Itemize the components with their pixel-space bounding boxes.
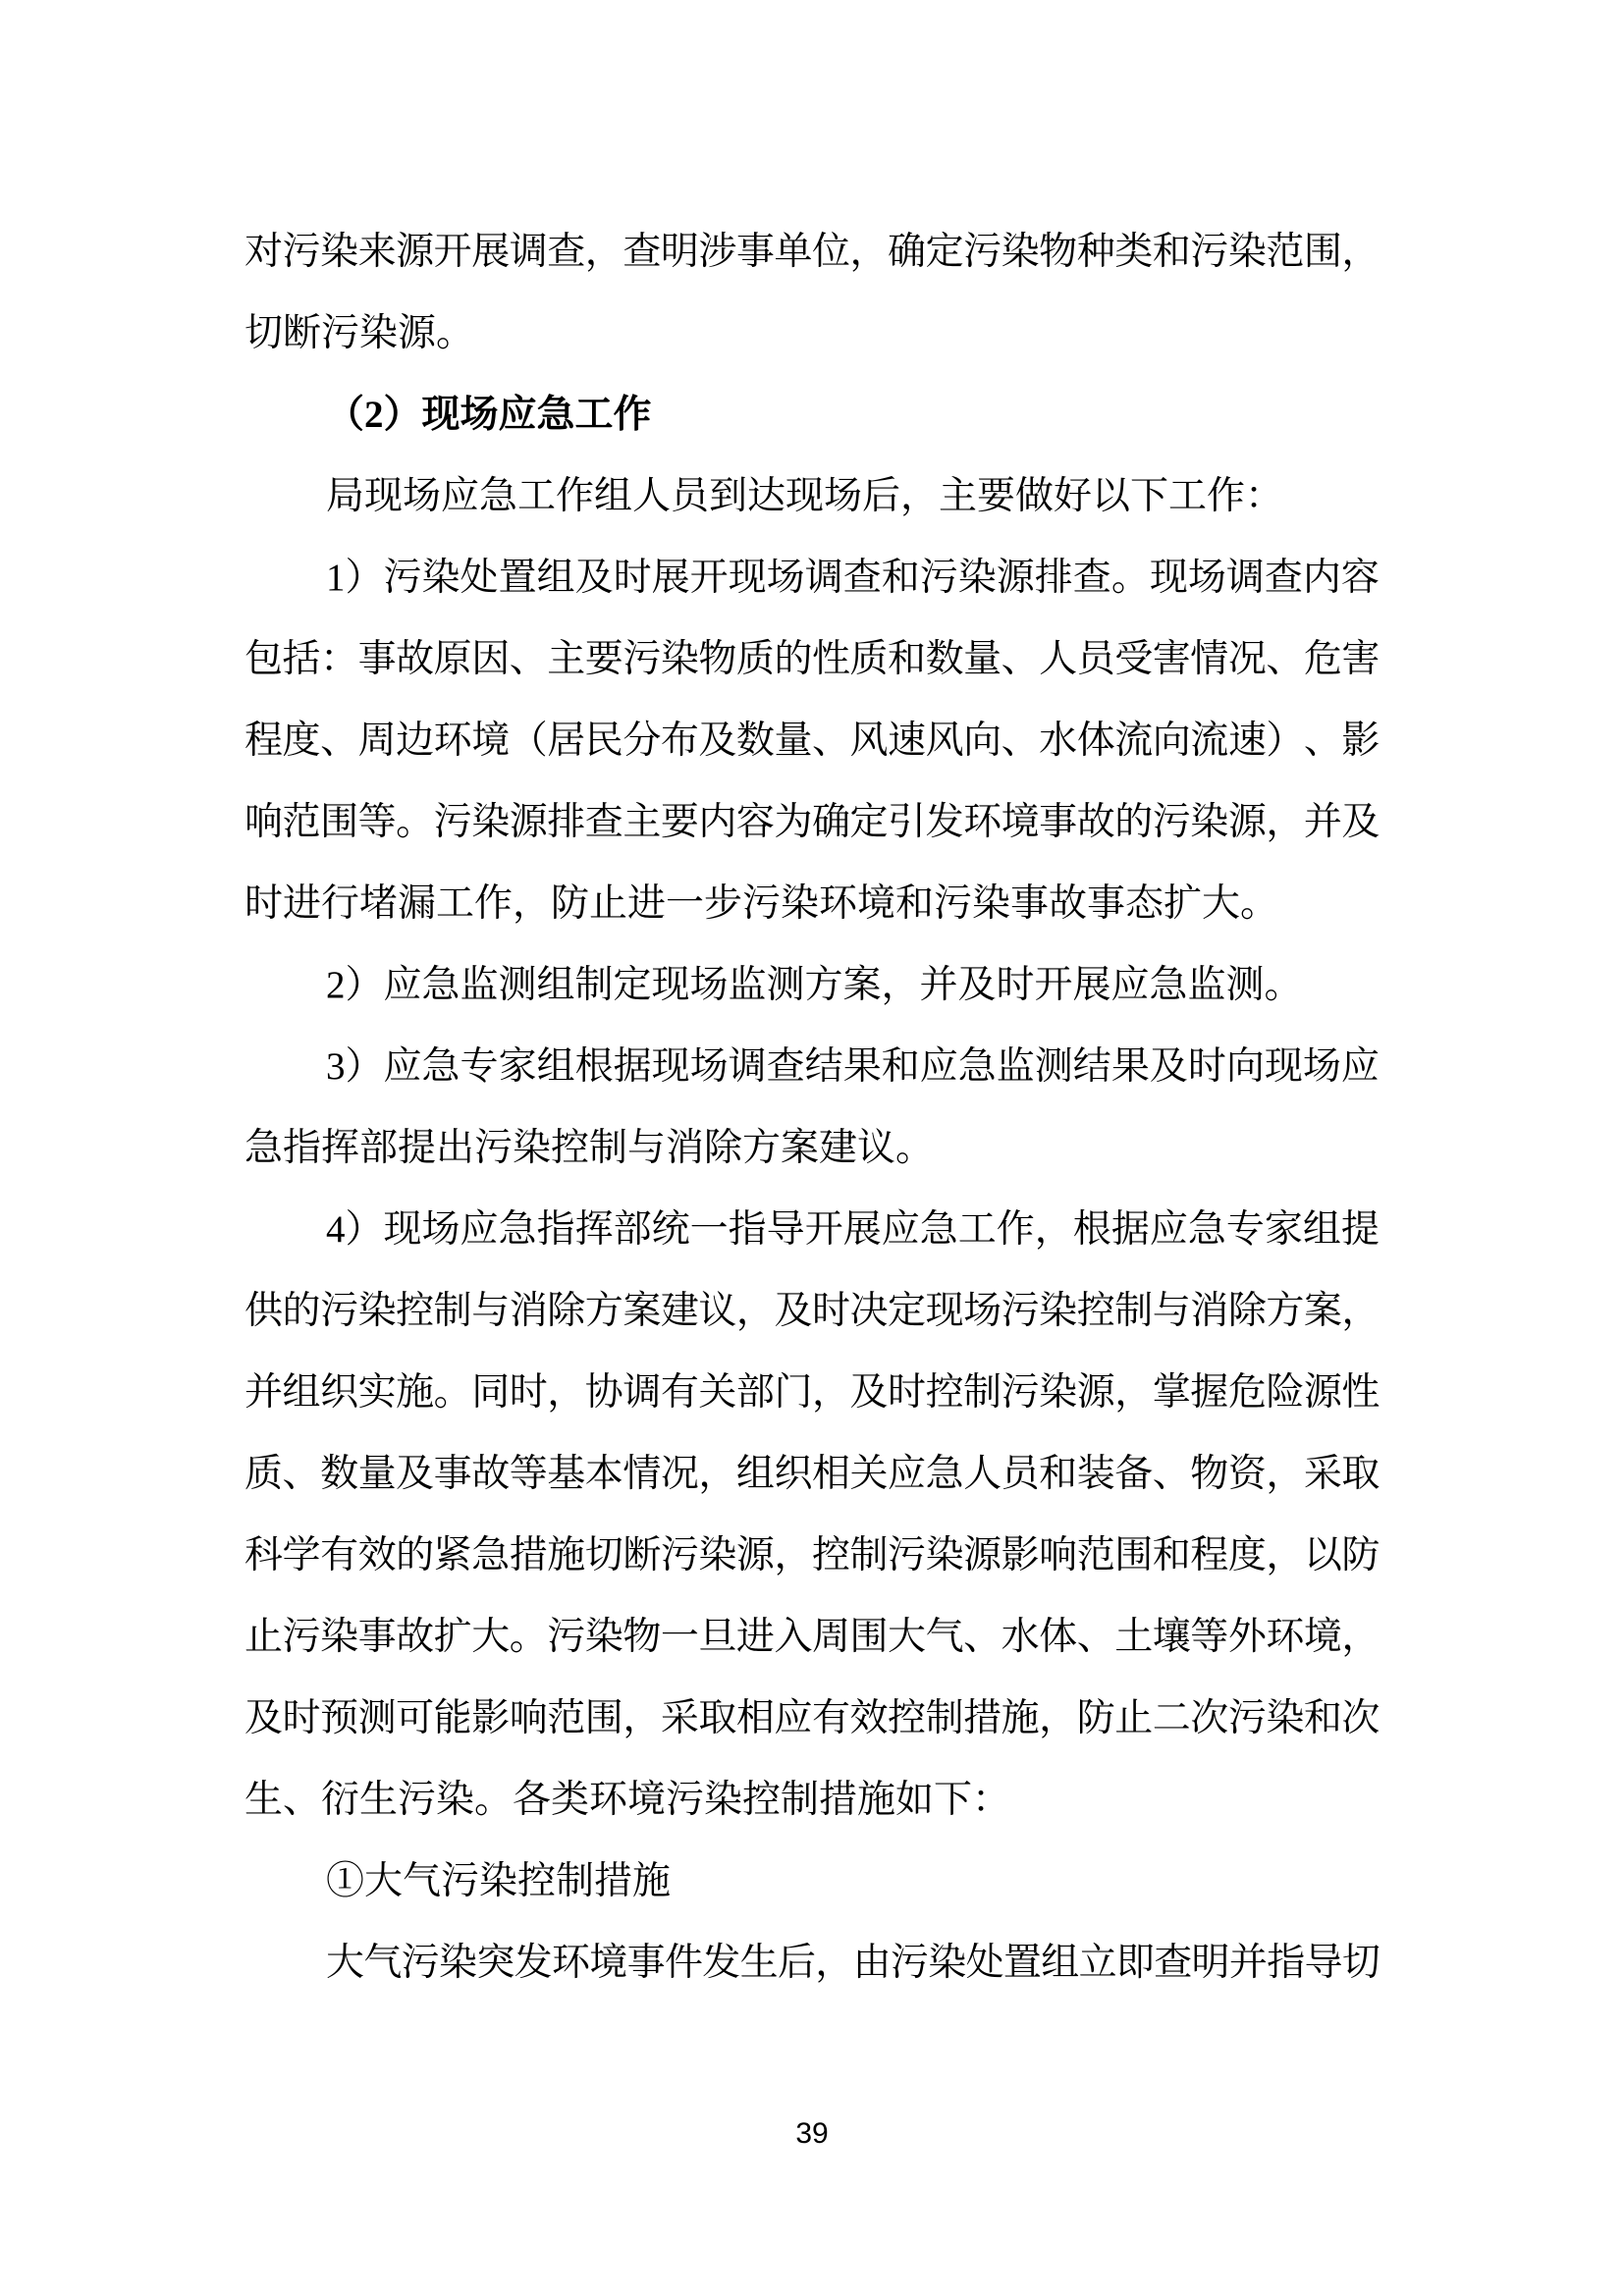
text-line-7: 程度、周边环境（居民分布及数量、风速风向、水体流向流速）、影 [244, 700, 1380, 781]
text-line-19: 及时预测可能影响范围，采取相应有效控制措施，防止二次污染和次 [244, 1678, 1380, 1759]
text-line-11: 3）应急专家组根据现场调查结果和应急监测结果及时向现场应 [244, 1026, 1380, 1107]
text-line-10: 2）应急监测组制定现场监测方案，并及时开展应急监测。 [244, 944, 1380, 1026]
text-line-12: 急指挥部提出污染控制与消除方案建议。 [244, 1107, 1380, 1189]
text-line-22: 大气污染突发环境事件发生后，由污染处置组立即查明并指导切 [244, 1922, 1380, 2003]
text-line-9: 时进行堵漏工作，防止进一步污染环境和污染事故事态扩大。 [244, 863, 1380, 944]
text-line-2: 切断污染源。 [244, 293, 1380, 374]
text-line-3: （2）现场应急工作 [244, 374, 1380, 455]
text-line-14: 供的污染控制与消除方案建议，及时决定现场污染控制与消除方案， [244, 1270, 1380, 1352]
text-line-5: 1）污染处置组及时展开现场调查和污染源排查。现场调查内容 [244, 537, 1380, 618]
text-line-15: 并组织实施。同时，协调有关部门，及时控制污染源，掌握危险源性 [244, 1352, 1380, 1433]
text-line-20: 生、衍生污染。各类环境污染控制措施如下： [244, 1759, 1380, 1841]
text-line-4: 局现场应急工作组人员到达现场后，主要做好以下工作： [244, 455, 1380, 537]
text-line-1: 对污染来源开展调查，查明涉事单位，确定污染物种类和污染范围， [244, 211, 1380, 293]
text-line-6: 包括：事故原因、主要污染物质的性质和数量、人员受害情况、危害 [244, 618, 1380, 700]
text-line-8: 响范围等。污染源排查主要内容为确定引发环境事故的污染源，并及 [244, 781, 1380, 863]
text-line-17: 科学有效的紧急措施切断污染源，控制污染源影响范围和程度，以防 [244, 1515, 1380, 1596]
text-line-16: 质、数量及事故等基本情况，组织相关应急人员和装备、物资，采取 [244, 1433, 1380, 1515]
text-line-13: 4）现场应急指挥部统一指导开展应急工作，根据应急专家组提 [244, 1189, 1380, 1270]
document-page: 对污染来源开展调查，查明涉事单位，确定污染物种类和污染范围，切断污染源。（2）现… [0, 0, 1624, 2296]
text-line-21: ①大气污染控制措施 [244, 1841, 1380, 1922]
document-text-block: 对污染来源开展调查，查明涉事单位，确定污染物种类和污染范围，切断污染源。（2）现… [244, 211, 1380, 2003]
page-number: 39 [0, 2118, 1624, 2150]
text-line-18: 止污染事故扩大。污染物一旦进入周围大气、水体、土壤等外环境， [244, 1596, 1380, 1678]
